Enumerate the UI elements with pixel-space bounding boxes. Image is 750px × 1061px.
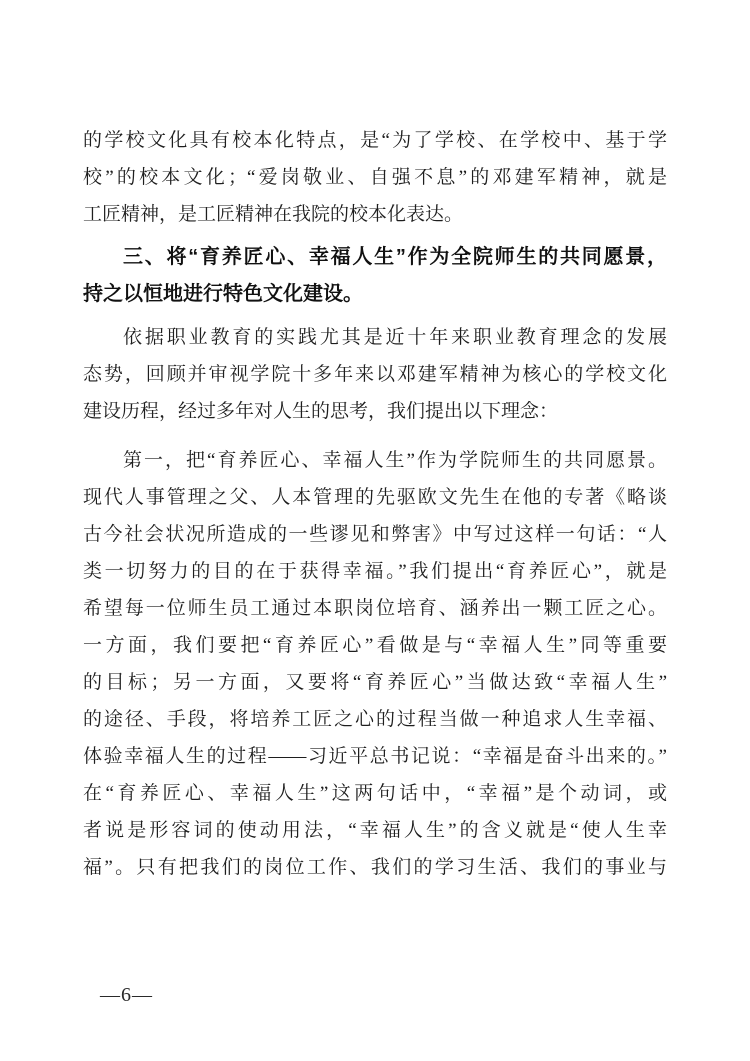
- body-text-line: 福”。只有把我们的岗位工作、我们的学习生活、我们的事业与: [83, 849, 667, 886]
- body-text-line: 在“育养匠心、幸福人生”这两句话中，“幸福”是个动词，或: [83, 775, 667, 812]
- body-text-line: 体验幸福人生的过程——习近平总书记说：“幸福是奋斗出来的。”: [83, 738, 667, 775]
- body-text-line: 工匠精神，是工匠精神在我院的校本化表达。: [83, 196, 667, 233]
- paragraph-continued: 的学校文化具有校本化特点，是“为了学校、在学校中、基于学校”的校本文化；“爱岗敬…: [83, 122, 667, 233]
- body-text-line: 的目标；另一方面，又要将“育养匠心”当做达致“幸福人生”: [83, 664, 667, 701]
- body-text-line: 建设历程，经过多年对人生的思考，我们提出以下理念：: [83, 393, 667, 430]
- body-text-line: 校”的校本文化；“爱岗敬业、自强不息”的邓建军精神，就是: [83, 159, 667, 196]
- document-page: 的学校文化具有校本化特点，是“为了学校、在学校中、基于学校”的校本文化；“爱岗敬…: [0, 0, 750, 1061]
- page-number: —6—: [100, 984, 153, 1006]
- document-body: 的学校文化具有校本化特点，是“为了学校、在学校中、基于学校”的校本文化；“爱岗敬…: [83, 122, 667, 886]
- body-text-line: 第一，把“育养匠心、幸福人生”作为学院师生的共同愿景。: [83, 442, 667, 479]
- section-heading-three: 三、将“育养匠心、幸福人生”作为全院师生的共同愿景，持之以恒地进行特色文化建设。: [83, 239, 667, 313]
- body-text-line: 者说是形容词的使动用法，“幸福人生”的含义就是“使人生幸: [83, 812, 667, 849]
- heading-line: 持之以恒地进行特色文化建设。: [83, 276, 667, 313]
- body-text-line: 现代人事管理之父、人本管理的先驱欧文先生在他的专著《略谈: [83, 479, 667, 516]
- paragraph-diyi: 第一，把“育养匠心、幸福人生”作为学院师生的共同愿景。现代人事管理之父、人本管理…: [83, 442, 667, 886]
- body-text-line: 的途径、手段，将培养工匠之心的过程当做一种追求人生幸福、: [83, 701, 667, 738]
- body-text-line: 古今社会状况所造成的一些谬见和弊害》中写过这样一句话：“人: [83, 516, 667, 553]
- body-text-line: 的学校文化具有校本化特点，是“为了学校、在学校中、基于学: [83, 122, 667, 159]
- paragraph-yiju: 依据职业教育的实践尤其是近十年来职业教育理念的发展态势，回顾并审视学院十多年来以…: [83, 319, 667, 430]
- body-text-line: 希望每一位师生员工通过本职岗位培育、涵养出一颗工匠之心。: [83, 590, 667, 627]
- body-text-line: 态势，回顾并审视学院十多年来以邓建军精神为核心的学校文化: [83, 356, 667, 393]
- body-text-line: 依据职业教育的实践尤其是近十年来职业教育理念的发展: [83, 319, 667, 356]
- body-text-line: 类一切努力的目的在于获得幸福。”我们提出“育养匠心”，就是: [83, 553, 667, 590]
- heading-line: 三、将“育养匠心、幸福人生”作为全院师生的共同愿景，: [83, 239, 667, 276]
- body-text-line: 一方面，我们要把“育养匠心”看做是与“幸福人生”同等重要: [83, 627, 667, 664]
- page-footer: —6—: [100, 984, 153, 1007]
